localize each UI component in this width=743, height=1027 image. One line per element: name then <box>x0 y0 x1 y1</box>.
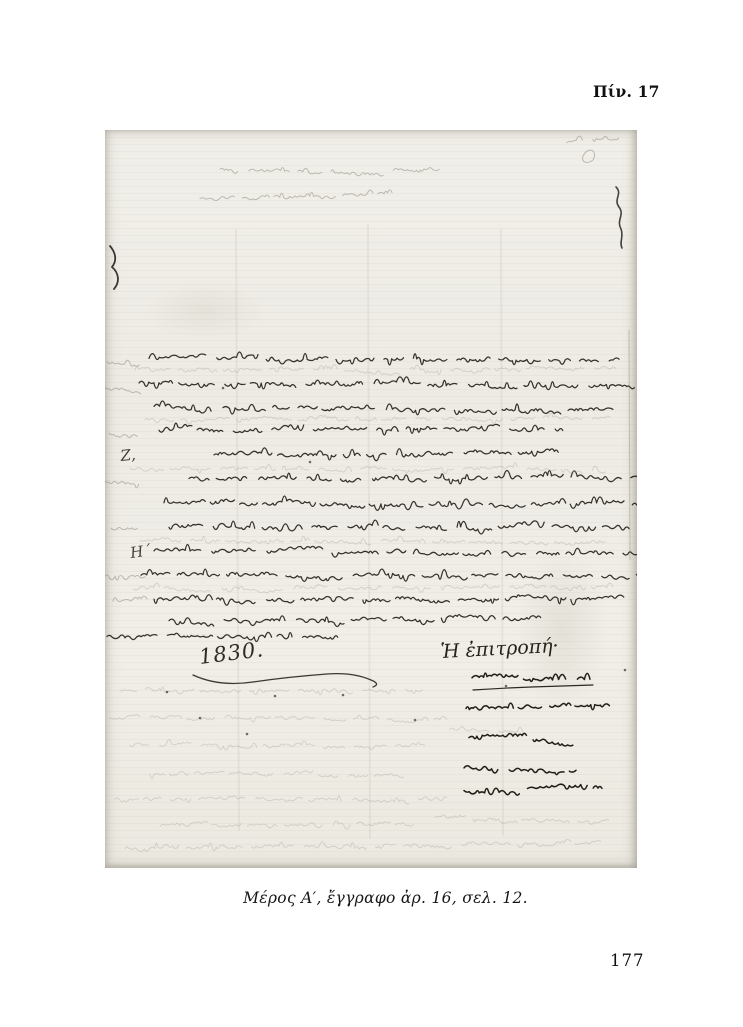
figure-caption: Μέρος Α′, ἔγγραφο ἀρ. 16, σελ. 12. <box>14 889 743 907</box>
plate-label: Πίν. 17 <box>593 82 660 101</box>
marginal-mark-eta: Η΄ <box>128 541 152 562</box>
handwriting-strokes <box>105 136 637 851</box>
marginal-mark-zeta: Ζ, <box>119 445 137 465</box>
document-scan: Ζ, Η΄ 1830. Ἡ ἐπιτροπή· <box>105 130 637 868</box>
signature-heading: Ἡ ἐπιτροπή· <box>440 635 559 663</box>
manuscript-date: 1830. <box>198 637 266 669</box>
page-number: 177 <box>610 951 645 970</box>
manuscript-facsimile: Ζ, Η΄ 1830. Ἡ ἐπιτροπή· <box>105 130 637 868</box>
book-page: { "page": { "plate_label": "Πίν. 17", "c… <box>0 0 743 1027</box>
